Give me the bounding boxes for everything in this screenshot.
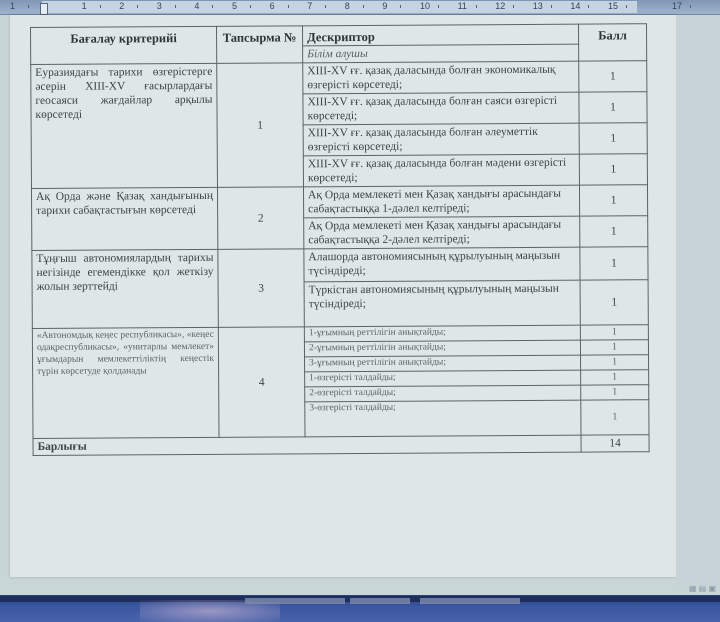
score-cell: 1 <box>581 355 649 370</box>
descriptor-cell: Алашорда автономиясының құрылуының маңыз… <box>304 247 580 282</box>
task-number-cell: 1 <box>217 63 304 188</box>
ruler-tick <box>250 5 251 8</box>
descriptor-cell: Ақ Орда мемлекеті мен Қазақ хандығы арас… <box>303 185 579 218</box>
ruler-number: 1 <box>82 1 87 11</box>
descriptor-cell: XIII-XV ғғ. қазақ даласында болған мәден… <box>303 154 579 187</box>
descriptor-cell: 2-өзгерісті талдайды; <box>305 385 581 402</box>
ruler-number: 1 <box>10 1 15 11</box>
descriptor-cell: 2-ұғымның реттілігін анықтайды; <box>304 340 580 357</box>
ruler-number: 14 <box>570 1 580 11</box>
ruler-number: 2 <box>119 1 124 11</box>
total-value: 14 <box>581 435 649 452</box>
ruler-number: 17 <box>672 1 682 11</box>
ruler-tick <box>137 5 138 8</box>
ruler-tick <box>513 5 514 8</box>
ruler-number: 12 <box>495 1 505 11</box>
ruler-number: 5 <box>232 1 237 11</box>
score-cell: 1 <box>580 340 648 355</box>
descriptor-cell: 3-өзгерісті талдайды; <box>305 400 581 437</box>
task-number-cell: 2 <box>217 187 303 250</box>
score-cell: 1 <box>581 385 649 400</box>
ruler-number: 9 <box>382 1 387 11</box>
ruler-tick <box>588 5 589 8</box>
ruler-tick <box>100 5 101 8</box>
indent-marker[interactable] <box>40 3 48 15</box>
taskbar-item[interactable] <box>350 598 410 604</box>
score-cell: 1 <box>581 400 649 435</box>
score-cell: 1 <box>580 325 648 340</box>
table-row: Ақ Орда және Қазақ хандығының тарихи саб… <box>31 185 647 220</box>
ruler-tick <box>400 5 401 8</box>
criterion-cell: Еуразиядағы тарихи өзгерістерге әсерін X… <box>31 63 218 188</box>
ruler-tick <box>212 5 213 8</box>
criterion-cell: Ақ Орда және Қазақ хандығының тарихи саб… <box>31 187 217 250</box>
descriptor-cell: XIII-XV ғғ. қазақ даласында болған саяси… <box>303 92 579 125</box>
total-row: Барлығы 14 <box>33 435 649 456</box>
ruler-number: 4 <box>194 1 199 11</box>
header-descriptor: Дескриптор <box>302 24 578 46</box>
horizontal-ruler[interactable]: 112345678910111213141517 <box>0 0 720 15</box>
descriptor-cell: 1-өзгерісті талдайды; <box>305 370 581 387</box>
descriptor-cell: 3-ұғымның реттілігін анықтайды; <box>305 355 581 372</box>
descriptor-cell: 1-ұғымның реттілігін анықтайды; <box>304 325 580 342</box>
ruler-number: 11 <box>458 1 467 11</box>
ruler-tick <box>690 5 691 8</box>
ruler-number: 3 <box>157 1 162 11</box>
score-cell: 1 <box>579 61 647 92</box>
ruler-number: 6 <box>270 1 275 11</box>
score-cell: 1 <box>580 247 648 280</box>
score-cell: 1 <box>579 92 647 123</box>
score-cell: 1 <box>580 216 648 247</box>
ruler-tick <box>438 5 439 8</box>
taskbar-item[interactable] <box>420 598 520 604</box>
workspace-background <box>676 15 720 585</box>
assessment-table: Бағалау критерийі Тапсырма № Дескриптор … <box>30 23 650 456</box>
descriptor-cell: Ақ Орда мемлекеті мен Қазақ хандығы арас… <box>304 216 580 249</box>
header-descriptor-sub: Білім алушы <box>303 44 579 63</box>
score-cell: 1 <box>579 185 647 216</box>
ruler-tick <box>476 5 477 8</box>
ruler-tick <box>28 5 29 8</box>
ruler-tick <box>551 5 552 8</box>
score-cell: 1 <box>579 123 647 154</box>
ruler-tick <box>325 5 326 8</box>
header-task-no: Тапсырма № <box>216 26 302 64</box>
table-row: Еуразиядағы тарихи өзгерістерге әсерін X… <box>31 61 647 96</box>
taskbar-item[interactable] <box>245 598 345 604</box>
ruler-number: 15 <box>608 1 618 11</box>
ruler-number: 13 <box>533 1 543 11</box>
criterion-cell: «Автономдық кеңес республикасы», «кеңес … <box>32 327 219 438</box>
header-criteria: Бағалау критерийі <box>31 26 217 64</box>
task-number-cell: 4 <box>218 327 305 438</box>
ruler-text-area <box>42 1 637 13</box>
ruler-number: 8 <box>345 1 350 11</box>
task-number-cell: 3 <box>218 249 304 328</box>
score-cell: 1 <box>579 154 647 185</box>
table-body: Еуразиядағы тарихи өзгерістерге әсерін X… <box>31 61 649 439</box>
ruler-number: 10 <box>420 1 430 11</box>
total-label: Барлығы <box>33 435 581 455</box>
table-row: Тұңғыш автономиялардың тарихы негізінде … <box>32 247 648 284</box>
descriptor-cell: XIII-XV ғғ. қазақ даласында болған эконо… <box>303 61 579 94</box>
descriptor-cell: XIII-XV ғғ. қазақ даласында болған әлеум… <box>303 123 579 156</box>
descriptor-cell: Түркістан автономиясының құрылуының маңы… <box>304 280 580 327</box>
header-score: Балл <box>578 24 646 61</box>
ruler-tick <box>288 5 289 8</box>
criterion-cell: Тұңғыш автономиялардың тарихы негізінде … <box>32 249 218 328</box>
score-cell: 1 <box>580 280 648 325</box>
score-cell: 1 <box>581 370 649 385</box>
ruler-tick <box>175 5 176 8</box>
ruler-tick <box>363 5 364 8</box>
view-buttons-icon[interactable]: ▦ ▤ ▣ <box>689 584 716 593</box>
ruler-tick <box>626 5 627 8</box>
ruler-number: 7 <box>307 1 312 11</box>
